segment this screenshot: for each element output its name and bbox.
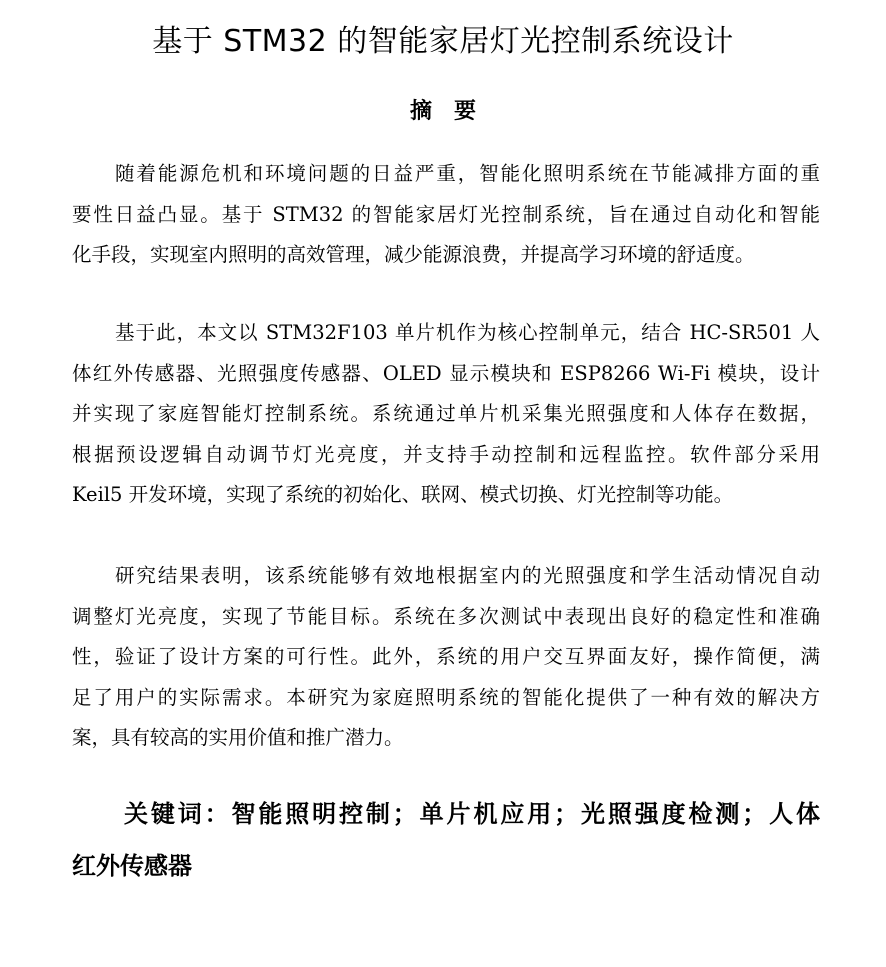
keywords-section: 关键词：智能照明控制；单片机应用；光照强度检测；人体 红外传感器 [72, 788, 820, 892]
keywords-line: 红外传感器 [72, 840, 820, 892]
abstract-paragraph-1: 随着能源危机和环境问题的日益严重，智能化照明系统在节能减排方面的重 要性日益凸显… [72, 154, 820, 276]
keywords-line: 关键词：智能照明控制；单片机应用；光照强度检测；人体 [72, 788, 820, 840]
text-line: 要性日益凸显。基于 STM32 的智能家居灯光控制系统，旨在通过自动化和智能 [72, 195, 820, 236]
abstract-heading: 摘 要 [0, 94, 886, 130]
text-line: 体红外传感器、光照强度传感器、OLED 显示模块和 ESP8266 Wi-Fi … [72, 354, 820, 395]
abstract-paragraph-3: 研究结果表明，该系统能够有效地根据室内的光照强度和学生活动情况自动 调整灯光亮度… [72, 556, 820, 759]
text-line: 足了用户的实际需求。本研究为家庭照明系统的智能化提供了一种有效的解决方 [72, 678, 820, 719]
paper-title: 基于 STM32 的智能家居灯光控制系统设计 [0, 18, 886, 66]
abstract-paragraph-2: 基于此，本文以 STM32F103 单片机作为核心控制单元，结合 HC-SR50… [72, 313, 820, 516]
text-line: 性，验证了设计方案的可行性。此外，系统的用户交互界面友好，操作简便，满 [72, 637, 820, 678]
text-line: 随着能源危机和环境问题的日益严重，智能化照明系统在节能减排方面的重 [72, 154, 820, 195]
text-line: 基于此，本文以 STM32F103 单片机作为核心控制单元，结合 HC-SR50… [72, 313, 820, 354]
text-line: 化手段，实现室内照明的高效管理，减少能源浪费，并提高学习环境的舒适度。 [72, 235, 820, 276]
text-line: 根据预设逻辑自动调节灯光亮度，并支持手动控制和远程监控。软件部分采用 [72, 435, 820, 476]
text-line: 并实现了家庭智能灯控制系统。系统通过单片机采集光照强度和人体存在数据， [72, 394, 820, 435]
text-line: 研究结果表明，该系统能够有效地根据室内的光照强度和学生活动情况自动 [72, 556, 820, 597]
text-line: Keil5 开发环境，实现了系统的初始化、联网、模式切换、灯光控制等功能。 [72, 475, 820, 516]
document-page: 基于 STM32 的智能家居灯光控制系统设计 摘 要 随着能源危机和环境问题的日… [0, 0, 886, 967]
text-line: 调整灯光亮度，实现了节能目标。系统在多次测试中表现出良好的稳定性和准确 [72, 597, 820, 638]
text-line: 案，具有较高的实用价值和推广潜力。 [72, 718, 820, 759]
